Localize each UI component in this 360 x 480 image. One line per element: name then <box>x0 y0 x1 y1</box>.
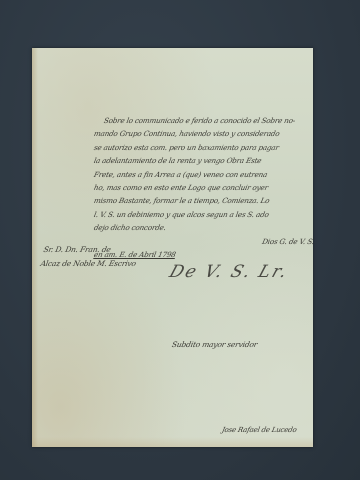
manuscript-page: Sobre lo communicado e ferido a conocido… <box>32 48 313 447</box>
body-line: mando Grupo Continua, haviendo visto y c… <box>93 127 316 140</box>
signer-name: Jose Rafael de Lucedo <box>221 426 297 434</box>
body-line: Sobre lo communicado e ferido a conocido… <box>93 114 316 127</box>
body-line: ho, mas como en esto ente Logo que concl… <box>93 181 316 194</box>
letter-body: Sobre lo communicado e ferido a conocido… <box>94 114 314 261</box>
closing-formula: Subdito mayor servidor <box>171 340 258 349</box>
body-line: Frete, antes a fin Arrea a (que) veneo c… <box>93 168 316 181</box>
addressee-line: Alcaz de Noble M. Escrivo <box>39 257 137 271</box>
signature-flourish: De V. S. Lr. <box>167 262 292 282</box>
body-line: mismo Bastante, formar le a tiempo, Comi… <box>93 194 316 207</box>
addressee: Sr. D. Dn. Fran. de Alcaz de Noble M. Es… <box>39 243 140 271</box>
body-line: dejo dicho concorde. <box>93 221 316 234</box>
body-line: se autorizo esta com. pero un baxamiento… <box>93 141 316 154</box>
body-line: la adelantamiento de la renta y vengo Ob… <box>93 154 316 167</box>
body-line: l. V. S. un debiniemo y que alcos segun … <box>93 208 316 221</box>
addressee-line: Sr. D. Dn. Fran. de <box>42 243 140 257</box>
